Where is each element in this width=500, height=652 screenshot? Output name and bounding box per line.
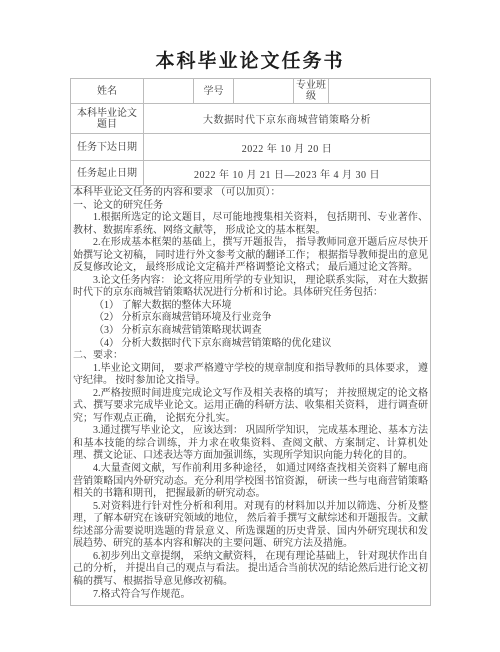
student-id-value-cell (234, 79, 294, 104)
task-paragraph: 3.论文任务内容： 论文将应用所学的专业知识， 理论联系实际， 对在大数据时代下… (73, 275, 428, 300)
task-paragraph: 1.根据所选定的论文题目，尽可能地搜集相关资料， 包括期刊、专业著作、教材、数据… (73, 212, 428, 237)
task-content-heading: 本科毕业论文任务的内容和要求 （可以加页）： (73, 187, 428, 200)
task-paragraph: 1.毕业论文期间， 要求严格遵守学校的规章制度和指导教师的具体要求， 遵守纪律。… (73, 363, 428, 388)
student-id-label: 学号 (194, 79, 234, 104)
task-paragraph: 2.在形成基本框架的基础上，撰写开题报告， 指导教师同意开题后应尽快开始撰写论文… (73, 237, 428, 275)
task-paragraph: （4） 分析大数据时代下京东商城营销策略的优化建议 (73, 338, 428, 351)
major-class-value-cell (329, 79, 431, 104)
task-paragraph: 6.初步列出文章提纲， 采纳文献资料， 在现有理论基础上， 针对现状作出自己的分… (73, 551, 428, 589)
task-form-table: 姓名 学号 专业班级 本科毕业论文题目 大数据时代下京东商城营销策略分析 任务下… (70, 78, 431, 606)
document-title: 本科毕业论文任务书 (0, 0, 500, 73)
period-value-cell: 2022 年 10 月 21 日—2023 年 4 月 30 日 (144, 161, 431, 186)
table-row-period: 任务起止日期 2022 年 10 月 21 日—2023 年 4 月 30 日 (71, 161, 431, 186)
major-class-label: 专业班级 (294, 79, 329, 104)
table-row-issue-date: 任务下达日期 2022 年 10 月 20 日 (71, 134, 431, 161)
task-paragraph: （3） 分析京东商城营销策略现状调查 (73, 325, 428, 338)
table-row-identity: 姓名 学号 专业班级 (71, 79, 431, 104)
task-paragraph: 3.通过撰写毕业论文， 应该达到： 巩固所学知识， 完成基本理论、基本方法和基本… (73, 425, 428, 463)
issue-date-value-cell: 2022 年 10 月 20 日 (144, 134, 431, 161)
table-row-thesis-title: 本科毕业论文题目 大数据时代下京东商城营销策略分析 (71, 104, 431, 134)
thesis-title-value-cell: 大数据时代下京东商城营销策略分析 (144, 104, 431, 134)
task-content-cell: 本科毕业论文任务的内容和要求 （可以加页）： 一、论文的研究任务1.根据所选定的… (71, 186, 431, 606)
table-row-task-content: 本科毕业论文任务的内容和要求 （可以加页）： 一、论文的研究任务1.根据所选定的… (71, 186, 431, 606)
task-paragraph: 2.严格按照时间进度完成论文写作及相关表格的填写； 并按照规定的论文格式、撰写要… (73, 388, 428, 426)
name-label: 姓名 (71, 79, 144, 104)
issue-date-label: 任务下达日期 (71, 134, 144, 161)
task-paragraph: 4.大量查阅文献，写作前利用多种途径， 如通过网络查找相关资料了解电商营销策略国… (73, 463, 428, 501)
document-page: 本科毕业论文任务书 姓名 学号 专业班级 本科毕业论文题目 大数据时代下京东商城… (0, 0, 500, 652)
task-paragraph-list: 一、论文的研究任务1.根据所选定的论文题目，尽可能地搜集相关资料， 包括期刊、专… (73, 200, 428, 602)
task-paragraph: 5.对资料进行针对性分析和利用。对现有的材料加以并加以筛选、分析及整理，了解本研… (73, 501, 428, 551)
thesis-title-label: 本科毕业论文题目 (71, 104, 144, 134)
task-paragraph: （1） 了解大数据的整体大环境 (73, 300, 428, 313)
task-paragraph: 7.格式符合写作规范。 (73, 589, 428, 602)
task-paragraph: 一、论文的研究任务 (73, 200, 428, 213)
task-paragraph: 二、要求： (73, 350, 428, 363)
name-value-cell (144, 79, 194, 104)
period-label: 任务起止日期 (71, 161, 144, 186)
task-paragraph: （2） 分析京东商城营销环境及行业竞争 (73, 312, 428, 325)
